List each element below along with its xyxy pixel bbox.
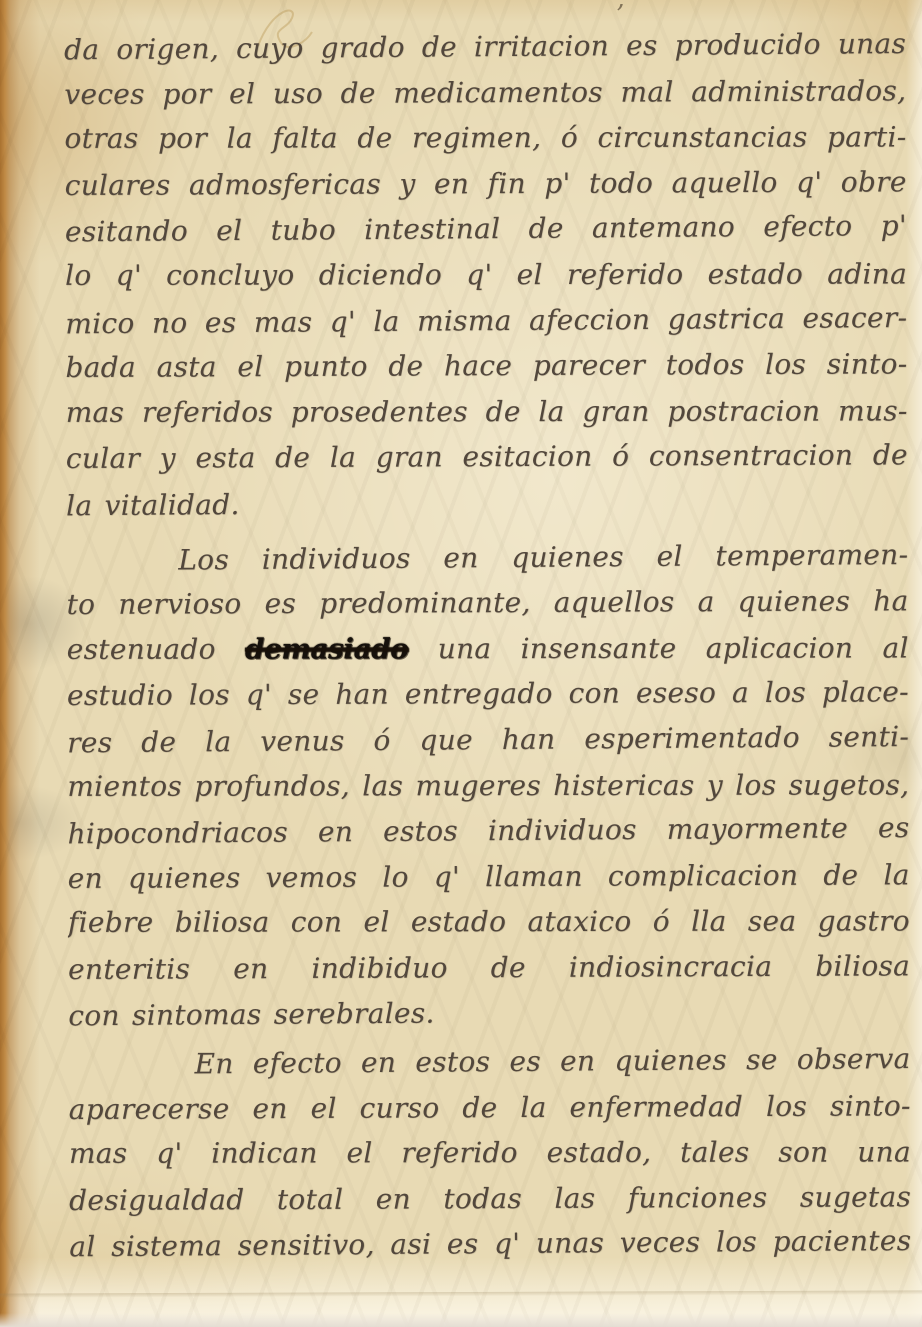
manuscript-line: mas q' indican el referido estado, tales… bbox=[69, 1130, 911, 1177]
paragraph-2: Los individuos en quienes el temperamen-… bbox=[66, 533, 910, 1038]
manuscript-line: res de la venus ó que han esperimentado … bbox=[67, 714, 909, 766]
manuscript-line: al sistema sensitivo, asi es q' unas vec… bbox=[69, 1218, 911, 1270]
manuscript-line: cular y esta de la gran esitacion ó cons… bbox=[66, 433, 908, 482]
manuscript-line: otras por la falta de regimen, ó circuns… bbox=[64, 115, 906, 162]
manuscript-line: da origen, cuyo grado de irritacion es p… bbox=[64, 21, 906, 73]
manuscript-line: En efecto en estos es en quienes se obse… bbox=[68, 1036, 910, 1088]
manuscript-line: bada asta el punto de hace parecer todos… bbox=[65, 341, 907, 390]
manuscript-line: Los individuos en quienes el temperamen- bbox=[66, 532, 908, 584]
manuscript-line: estudio los q' se han entregado con eses… bbox=[67, 670, 909, 719]
binding-edge bbox=[0, 0, 40, 1327]
manuscript-line: con sintomas serebrales. bbox=[68, 987, 910, 1039]
manuscript-line: esitando el tubo intestinal de antemano … bbox=[65, 203, 907, 255]
blot-line-before: estenuado bbox=[67, 632, 245, 665]
page-bottom-edge bbox=[0, 1313, 922, 1327]
manuscript-line: fiebre biliosa con el estado ataxico ó l… bbox=[68, 899, 910, 946]
manuscript-line: veces por el uso de medicamentos mal adm… bbox=[64, 68, 906, 117]
manuscript-page: ’ da origen, cuyo grado de irritacion es… bbox=[0, 0, 922, 1327]
paragraph-1: da origen, cuyo grado de irritacion es p… bbox=[64, 22, 908, 527]
manuscript-line: to nervioso es predominante, aquellos a … bbox=[66, 578, 908, 627]
manuscript-text: da origen, cuyo grado de irritacion es p… bbox=[64, 22, 911, 1269]
manuscript-line: mico no es mas q' la misma afeccion gast… bbox=[65, 295, 907, 347]
paper-fold-line bbox=[0, 1290, 922, 1297]
paragraph-3: En efecto en estos es en quienes se obse… bbox=[68, 1037, 911, 1269]
manuscript-line: mientos profundos, las mugeres histerica… bbox=[67, 762, 909, 809]
manuscript-line: mas referidos prosedentes de la gran pos… bbox=[66, 388, 908, 435]
manuscript-line: enteritis en indibiduo de indiosincracia… bbox=[68, 943, 910, 992]
manuscript-line: culares admosfericas y en fin p' todo aq… bbox=[65, 159, 907, 208]
manuscript-line: lo q' concluyo diciendo q' el referido e… bbox=[65, 251, 907, 298]
manuscript-line: aparecerse en el curso de la enfermedad … bbox=[69, 1083, 911, 1132]
blotted-word: demasiado bbox=[245, 632, 409, 665]
manuscript-line: en quienes vemos lo q' llaman complicaci… bbox=[68, 852, 910, 901]
manuscript-line: la vitalidad. bbox=[66, 477, 908, 529]
manuscript-line: desigualdad total en todas las funciones… bbox=[69, 1174, 911, 1223]
manuscript-line: hipocondriacos en estos individuos mayor… bbox=[67, 805, 909, 857]
blot-line-after: una insensante aplicacion al bbox=[408, 631, 908, 665]
manuscript-line-with-blot: estenuado demasiado una insensante aplic… bbox=[67, 625, 909, 672]
